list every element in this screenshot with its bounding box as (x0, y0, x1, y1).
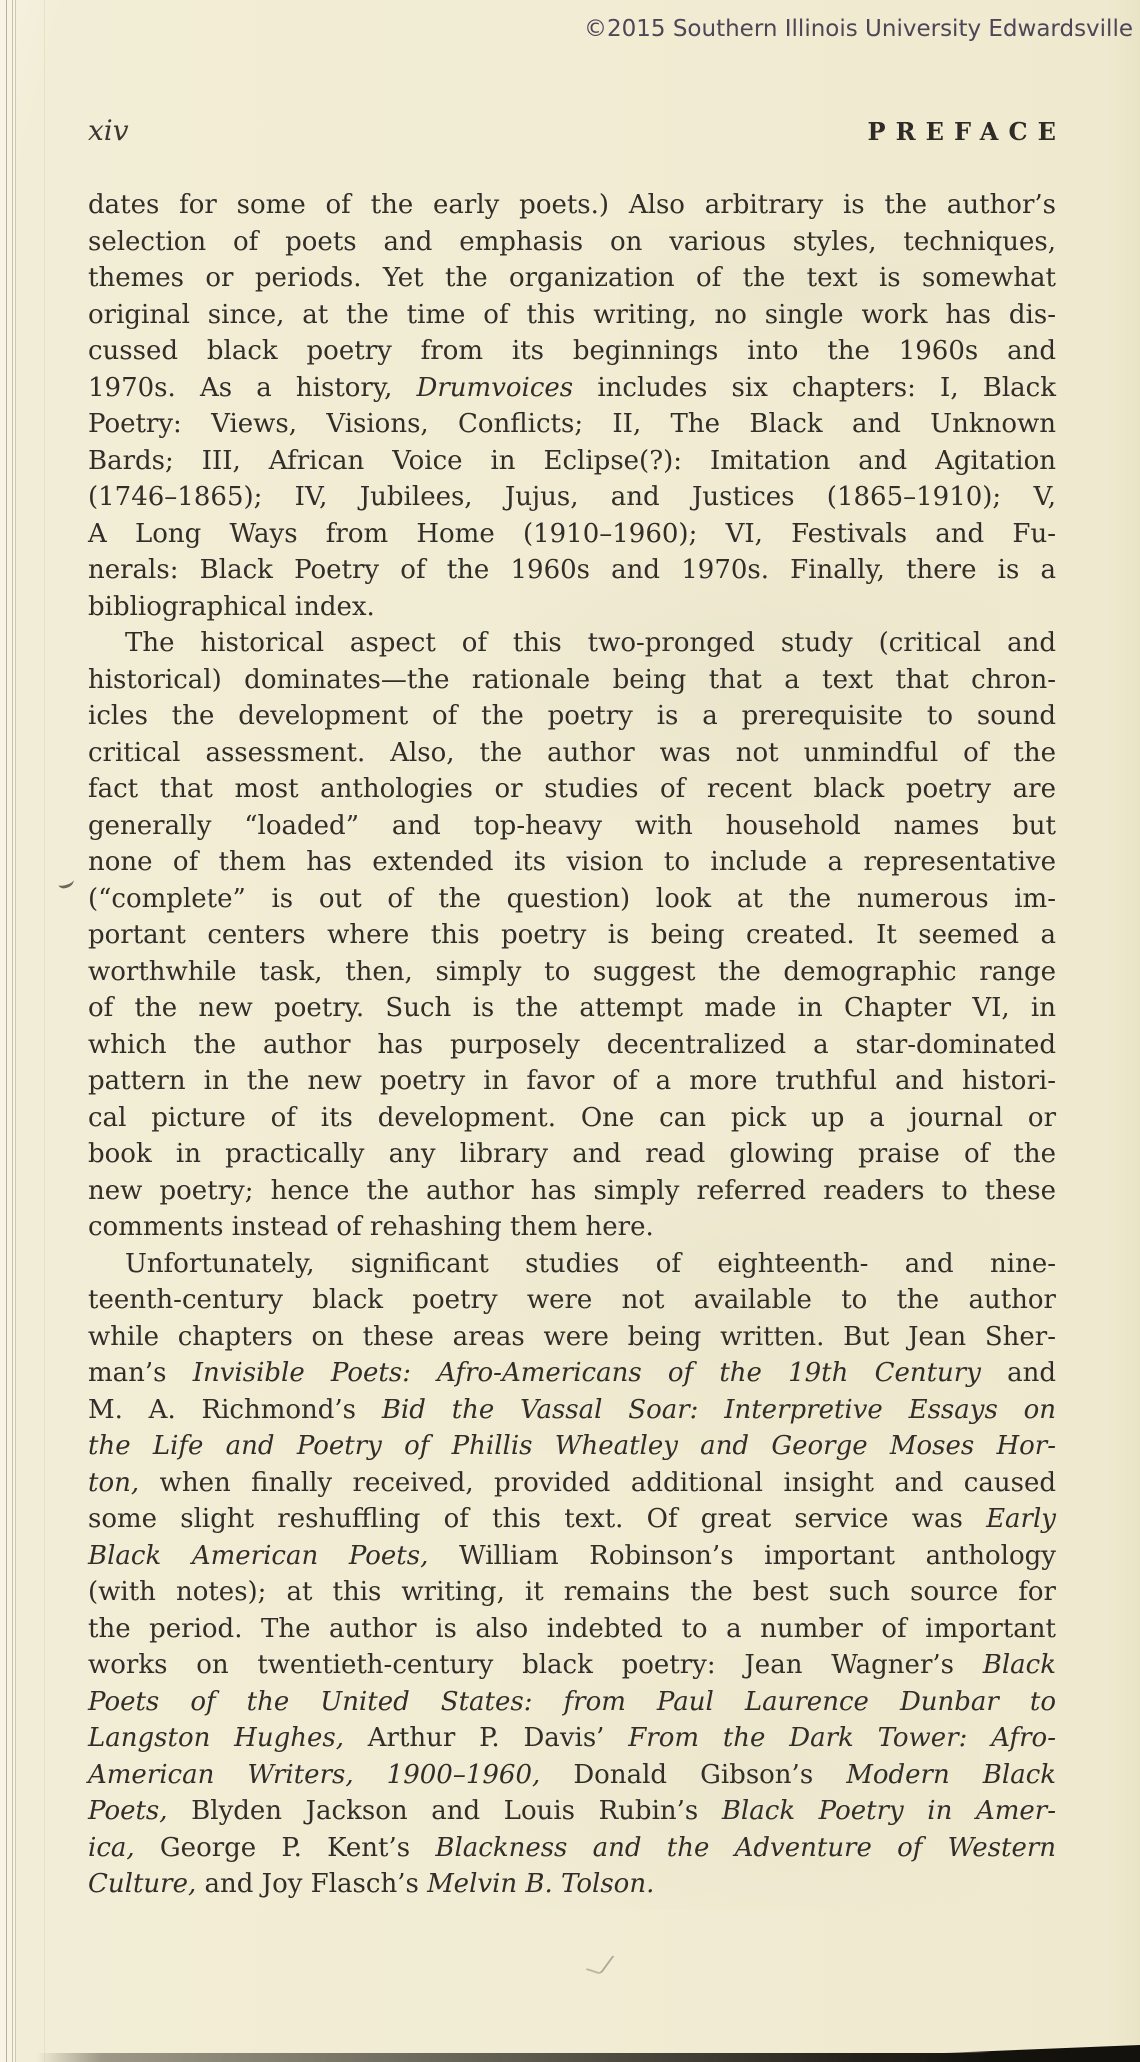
body-text: man’s (88, 1358, 193, 1388)
body-text: the period. The author is also indebted … (88, 1614, 1056, 1644)
text-line: book in practically any library and read… (88, 1136, 1056, 1173)
book-title-text: Poets, (88, 1796, 168, 1826)
text-line: cussed black poetry from its beginnings … (88, 333, 1056, 370)
running-head: xiv PREFACE (88, 114, 1066, 147)
text-line: Culture, and Joy Flasch’s Melvin B. Tols… (88, 1866, 1056, 1903)
body-text: fact that most anthologies or studies of… (88, 774, 1056, 804)
book-title-text: Langston Hughes, (88, 1723, 344, 1753)
text-line: comments instead of rehashing them here. (88, 1209, 1056, 1246)
text-line: while chapters on these areas were being… (88, 1319, 1056, 1356)
paragraph: dates for some of the early poets.) Also… (88, 187, 1056, 625)
body-text: generally “loaded” and top-heavy with ho… (88, 811, 1056, 841)
body-text: Blyden Jackson and Louis Rubin’s (168, 1796, 722, 1826)
text-line: pattern in the new poetry in favor of a … (88, 1063, 1056, 1100)
book-title-text: the Life and Poetry of Phillis Wheatley … (88, 1431, 1056, 1461)
text-line: Bards; III, African Voice in Eclipse(?):… (88, 443, 1056, 480)
text-line: Poets, Blyden Jackson and Louis Rubin’s … (88, 1793, 1056, 1830)
body-text: bibliographical index. (88, 592, 375, 622)
scan-shadow-corner (910, 2045, 1140, 2062)
paragraph: The historical aspect of this two-pronge… (88, 625, 1056, 1246)
body-text: 1970s. As a history, (88, 373, 417, 403)
book-title-text: ton, (88, 1468, 139, 1498)
margin-ink-mark (57, 874, 75, 889)
text-line: Unfortunately, significant studies of ei… (88, 1246, 1056, 1283)
body-text: includes six chapters: I, Black (573, 373, 1056, 403)
text-line: 1970s. As a history, Drumvoices includes… (88, 370, 1056, 407)
text-line: themes or periods. Yet the organization … (88, 260, 1056, 297)
body-text: nerals: Black Poetry of the 1960s and 19… (88, 555, 1056, 585)
book-title-text: Black (983, 1650, 1056, 1680)
book-title-text: American Writers, 1900–1960, (88, 1760, 540, 1790)
gutter-line (15, 0, 16, 2062)
book-title-text: ica, (88, 1833, 135, 1863)
body-text: teenth-century black poetry were not ava… (88, 1285, 1056, 1315)
body-text: portant centers where this poetry is bei… (88, 920, 1056, 950)
body-text: cal picture of its development. One can … (88, 1103, 1056, 1133)
body-text: book in practically any library and read… (88, 1139, 1056, 1169)
body-text: none of them has extended its vision to … (88, 847, 1056, 877)
body-text: icles the development of the poetry is a… (88, 701, 1056, 731)
body-text: new poetry; hence the author has simply … (88, 1176, 1056, 1206)
body-text: comments instead of rehashing them here. (88, 1212, 654, 1242)
text-line: teenth-century black poetry were not ava… (88, 1282, 1056, 1319)
text-line: Langston Hughes, Arthur P. Davis’ From t… (88, 1720, 1056, 1757)
body-text: pattern in the new poetry in favor of a … (88, 1066, 1056, 1096)
text-line: cal picture of its development. One can … (88, 1100, 1056, 1137)
book-title-text: Blackness and the Adventure of Western (435, 1833, 1056, 1863)
text-line: dates for some of the early poets.) Also… (88, 187, 1056, 224)
text-line: ton, when finally received, provided add… (88, 1465, 1056, 1502)
text-line: some slight reshuffling of this text. Of… (88, 1501, 1056, 1538)
body-text: Donald Gibson’s (540, 1760, 846, 1790)
text-line: portant centers where this poetry is bei… (88, 917, 1056, 954)
book-page-scan: ©2015 Southern Illinois University Edwar… (0, 0, 1140, 2062)
text-line: (1746–1865); IV, Jubilees, Jujus, and Ju… (88, 479, 1056, 516)
body-text: Unfortunately, significant studies of ei… (125, 1249, 1056, 1279)
body-text: selection of poets and emphasis on vario… (88, 227, 1056, 257)
body-text: cussed black poetry from its beginnings … (88, 336, 1056, 366)
book-title-text: Drumvoices (417, 373, 574, 403)
paragraph: Unfortunately, significant studies of ei… (88, 1246, 1056, 1903)
text-line: Poetry: Views, Visions, Conflicts; II, T… (88, 406, 1056, 443)
text-block: dates for some of the early poets.) Also… (88, 187, 1056, 1903)
text-line: nerals: Black Poetry of the 1960s and 19… (88, 552, 1056, 589)
text-line: Poets of the United States: from Paul La… (88, 1684, 1056, 1721)
body-text: Bards; III, African Voice in Eclipse(?):… (88, 446, 1056, 476)
book-title-text: Early (986, 1504, 1056, 1534)
text-line: icles the development of the poetry is a… (88, 698, 1056, 735)
body-text: and Joy Flasch’s (196, 1869, 427, 1899)
book-title-text: Black American Poets, (88, 1541, 428, 1571)
body-text: themes or periods. Yet the organization … (88, 263, 1056, 293)
body-text: while chapters on these areas were being… (88, 1322, 1056, 1352)
gutter-line (6, 0, 7, 2062)
body-text: works on twentieth-century black poetry:… (88, 1650, 983, 1680)
body-text: critical assessment. Also, the author wa… (88, 738, 1056, 768)
body-text: The historical aspect of this two-pronge… (125, 628, 1056, 658)
text-line: which the author has purposely decentral… (88, 1027, 1056, 1064)
copyright-watermark: ©2015 Southern Illinois University Edwar… (584, 16, 1133, 42)
text-line: bibliographical index. (88, 589, 1056, 626)
book-title-text: Poets of the United States: from Paul La… (88, 1687, 1056, 1717)
text-line: (with notes); at this writing, it remain… (88, 1574, 1056, 1611)
body-text: dates for some of the early poets.) Also… (88, 190, 1056, 220)
text-line: The historical aspect of this two-pronge… (88, 625, 1056, 662)
text-line: fact that most anthologies or studies of… (88, 771, 1056, 808)
body-text: George P. Kent’s (135, 1833, 436, 1863)
body-text: A Long Ways from Home (1910–1960); VI, F… (88, 519, 1056, 549)
text-line: M. A. Richmond’s Bid the Vassal Soar: In… (88, 1392, 1056, 1429)
body-text: (with notes); at this writing, it remain… (88, 1577, 1056, 1607)
body-text: when finally received, provided addition… (139, 1468, 1056, 1498)
text-line: new poetry; hence the author has simply … (88, 1173, 1056, 1210)
body-text: M. A. Richmond’s (88, 1395, 382, 1425)
pencil-mark (586, 1951, 615, 1975)
body-text: (1746–1865); IV, Jubilees, Jujus, and Ju… (88, 482, 1056, 512)
text-line: critical assessment. Also, the author wa… (88, 735, 1056, 772)
body-text: some slight reshuffling of this text. Of… (88, 1504, 986, 1534)
text-line: A Long Ways from Home (1910–1960); VI, F… (88, 516, 1056, 553)
scan-gutter-edge (0, 0, 16, 2062)
book-title-text: Invisible Poets: Afro-Americans of the 1… (193, 1358, 981, 1388)
text-line: Black American Poets, William Robinson’s… (88, 1538, 1056, 1575)
text-line: original since, at the time of this writ… (88, 297, 1056, 334)
body-text: of the new poetry. Such is the attempt m… (88, 993, 1056, 1023)
book-title-text: Culture, (88, 1869, 196, 1899)
body-text: and (981, 1358, 1056, 1388)
text-line: (“complete” is out of the question) look… (88, 881, 1056, 918)
body-text: which the author has purposely decentral… (88, 1030, 1056, 1060)
body-text: Poetry: Views, Visions, Conflicts; II, T… (88, 409, 1056, 439)
preface-heading: PREFACE (868, 117, 1067, 146)
text-line: ica, George P. Kent’s Blackness and the … (88, 1830, 1056, 1867)
body-text: Arthur P. Davis’ (344, 1723, 628, 1753)
text-line: generally “loaded” and top-heavy with ho… (88, 808, 1056, 845)
text-line: historical) dominates—the rationale bein… (88, 662, 1056, 699)
page-number: xiv (88, 114, 129, 147)
text-line: man’s Invisible Poets: Afro-Americans of… (88, 1355, 1056, 1392)
body-text: (“complete” is out of the question) look… (88, 884, 1056, 914)
text-line: works on twentieth-century black poetry:… (88, 1647, 1056, 1684)
text-line: of the new poetry. Such is the attempt m… (88, 990, 1056, 1027)
book-title-text: From the Dark Tower: Afro- (628, 1723, 1056, 1753)
text-line: none of them has extended its vision to … (88, 844, 1056, 881)
book-title-text: Black Poetry in Amer- (722, 1796, 1056, 1826)
body-text: historical) dominates—the rationale bein… (88, 665, 1056, 695)
text-line: the Life and Poetry of Phillis Wheatley … (88, 1428, 1056, 1465)
body-text: William Robinson’s important anthology (428, 1541, 1056, 1571)
book-title-text: Melvin B. Tolson. (427, 1869, 654, 1899)
text-line: American Writers, 1900–1960, Donald Gibs… (88, 1757, 1056, 1794)
text-line: worthwhile task, then, simply to suggest… (88, 954, 1056, 991)
book-title-text: Bid the Vassal Soar: Interpretive Essays… (382, 1395, 1056, 1425)
body-text: original since, at the time of this writ… (88, 300, 1056, 330)
body-text: worthwhile task, then, simply to suggest… (88, 957, 1056, 987)
gutter-line (44, 0, 45, 2062)
book-title-text: Modern Black (846, 1760, 1056, 1790)
text-line: selection of poets and emphasis on vario… (88, 224, 1056, 261)
gutter-line (12, 0, 13, 2062)
text-line: the period. The author is also indebted … (88, 1611, 1056, 1648)
